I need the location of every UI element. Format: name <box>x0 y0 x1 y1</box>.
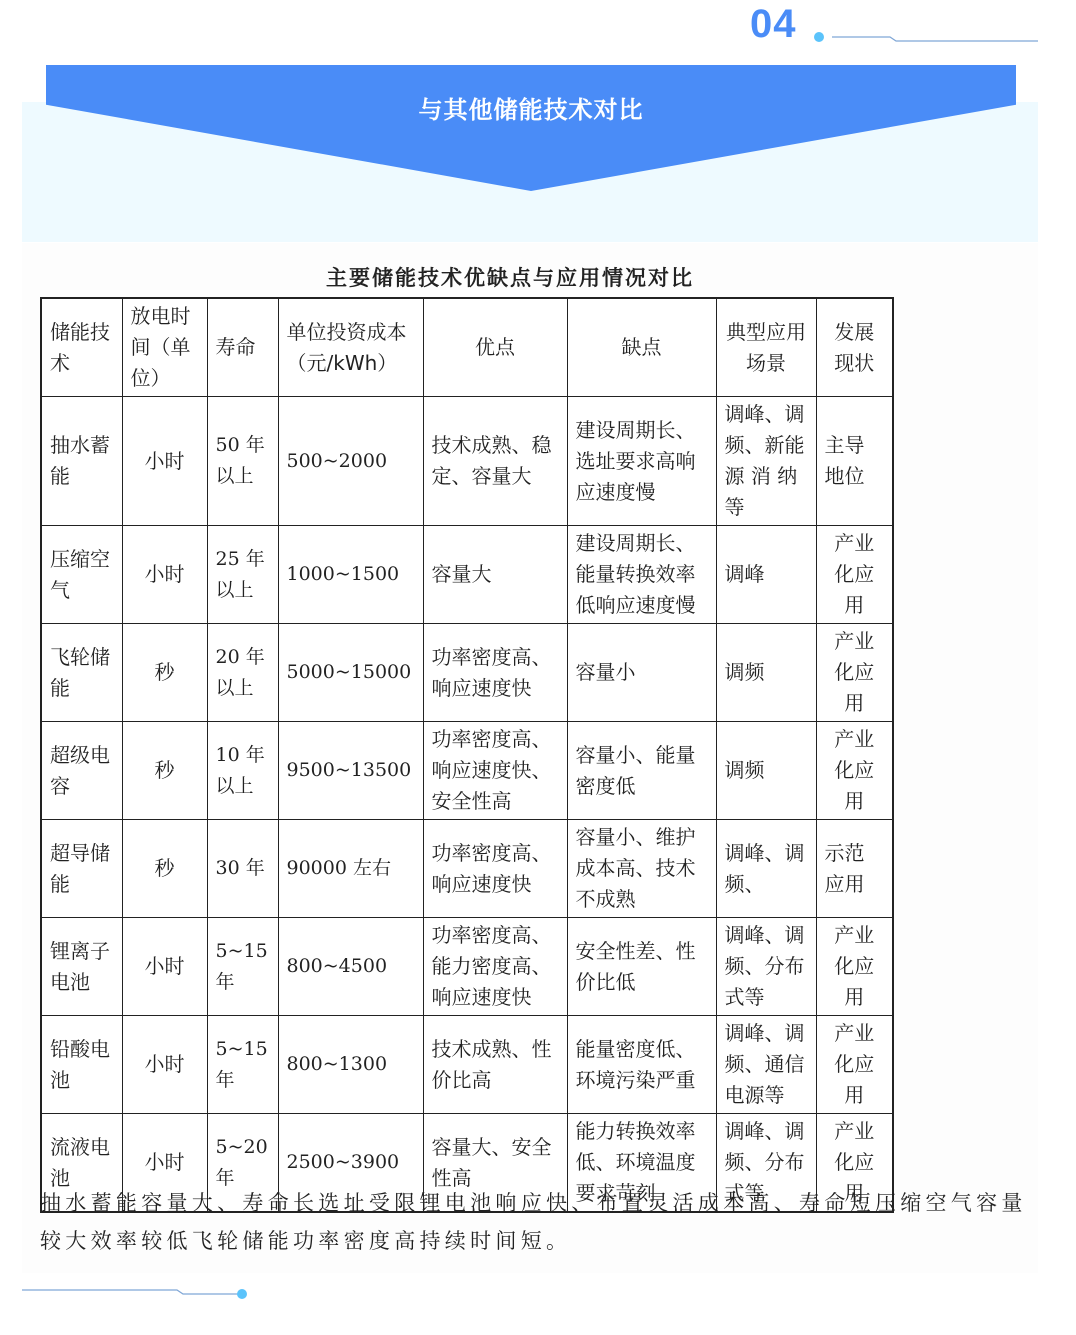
cell-cost: 1000~1500 <box>278 526 423 624</box>
decorative-line-top <box>830 33 1040 43</box>
cell-cost: 90000 左右 <box>278 820 423 918</box>
header-status: 发展现状 <box>816 298 893 397</box>
cell-cons: 建设周期长、能量转换效率低响应速度慢 <box>567 526 716 624</box>
cell-discharge: 秒 <box>122 722 207 820</box>
comparison-table: 储能技术 放电时间（单位） 寿命 单位投资成本（元/kWh） 优点 缺点 典型应… <box>40 297 894 1213</box>
cell-pros: 容量大 <box>423 526 567 624</box>
summary-paragraph: 抽水蓄能容量大、寿命长选址受限锂电池响应快、布置灵活成本高、寿命短压缩空气容量较… <box>40 1184 1030 1260</box>
cell-life: 25 年以上 <box>207 526 278 624</box>
cell-status: 主导地位 <box>816 397 893 526</box>
cell-discharge: 小时 <box>122 397 207 526</box>
cell-discharge: 小时 <box>122 918 207 1016</box>
table-caption: 主要储能技术优缺点与应用情况对比 <box>40 262 1040 292</box>
cell-tech: 锂离子电池 <box>41 918 122 1016</box>
header-cost: 单位投资成本（元/kWh） <box>278 298 423 397</box>
cell-cons: 建设周期长、选址要求高响应速度慢 <box>567 397 716 526</box>
cell-life: 50 年以上 <box>207 397 278 526</box>
cell-cost: 500~2000 <box>278 397 423 526</box>
cell-life: 5~15 年 <box>207 1016 278 1114</box>
header-pros: 优点 <box>423 298 567 397</box>
table-row: 超导储能 秒 30 年 90000 左右 功率密度高、响应速度快 容量小、维护成… <box>41 820 893 918</box>
cell-tech: 超导储能 <box>41 820 122 918</box>
section-number: 04 <box>750 2 797 47</box>
cell-cost: 9500~13500 <box>278 722 423 820</box>
cell-discharge: 秒 <box>122 820 207 918</box>
cell-scenario: 调频 <box>716 722 816 820</box>
cell-status: 产业化应用 <box>816 526 893 624</box>
cell-tech: 抽水蓄能 <box>41 397 122 526</box>
cell-pros: 功率密度高、能力密度高、响应速度快 <box>423 918 567 1016</box>
table-row: 压缩空气 小时 25 年以上 1000~1500 容量大 建设周期长、能量转换效… <box>41 526 893 624</box>
cell-status: 示范应用 <box>816 820 893 918</box>
table-row: 飞轮储能 秒 20 年以上 5000~15000 功率密度高、响应速度快 容量小… <box>41 624 893 722</box>
table-row: 超级电容 秒 10 年以上 9500~13500 功率密度高、响应速度快、安全性… <box>41 722 893 820</box>
cell-status: 产业化应用 <box>816 722 893 820</box>
header-life: 寿命 <box>207 298 278 397</box>
cell-status: 产业化应用 <box>816 1016 893 1114</box>
header-discharge-time: 放电时间（单位） <box>122 298 207 397</box>
decorative-dot-bottom <box>237 1289 247 1299</box>
cell-discharge: 秒 <box>122 624 207 722</box>
cell-tech: 超级电容 <box>41 722 122 820</box>
decorative-line-bottom <box>22 1288 242 1298</box>
cell-cost: 800~4500 <box>278 918 423 1016</box>
cell-life: 20 年以上 <box>207 624 278 722</box>
table-row: 铅酸电池 小时 5~15 年 800~1300 技术成熟、性价比高 能量密度低、… <box>41 1016 893 1114</box>
cell-scenario: 调峰 <box>716 526 816 624</box>
cell-scenario: 调峰、调频、 <box>716 820 816 918</box>
header-scenario: 典型应用场景 <box>716 298 816 397</box>
header-tech: 储能技术 <box>41 298 122 397</box>
cell-cons: 能量密度低、环境污染严重 <box>567 1016 716 1114</box>
cell-discharge: 小时 <box>122 526 207 624</box>
table-row: 锂离子电池 小时 5~15 年 800~4500 功率密度高、能力密度高、响应速… <box>41 918 893 1016</box>
table-header-row: 储能技术 放电时间（单位） 寿命 单位投资成本（元/kWh） 优点 缺点 典型应… <box>41 298 893 397</box>
cell-scenario: 调峰、调频、通信电源等 <box>716 1016 816 1114</box>
cell-cost: 800~1300 <box>278 1016 423 1114</box>
cell-scenario: 调峰、调频、分布式等 <box>716 918 816 1016</box>
cell-tech: 铅酸电池 <box>41 1016 122 1114</box>
decorative-dot-top <box>814 32 824 42</box>
cell-life: 30 年 <box>207 820 278 918</box>
cell-discharge: 小时 <box>122 1016 207 1114</box>
cell-tech: 飞轮储能 <box>41 624 122 722</box>
cell-cons: 容量小、维护成本高、技术不成熟 <box>567 820 716 918</box>
cell-life: 5~15 年 <box>207 918 278 1016</box>
cell-cons: 安全性差、性价比低 <box>567 918 716 1016</box>
cell-cons: 容量小、能量密度低 <box>567 722 716 820</box>
cell-cost: 5000~15000 <box>278 624 423 722</box>
cell-life: 10 年以上 <box>207 722 278 820</box>
cell-status: 产业化应用 <box>816 624 893 722</box>
section-title: 与其他储能技术对比 <box>46 90 1016 125</box>
cell-pros: 功率密度高、响应速度快 <box>423 820 567 918</box>
cell-pros: 技术成熟、性价比高 <box>423 1016 567 1114</box>
cell-tech: 压缩空气 <box>41 526 122 624</box>
cell-scenario: 调频 <box>716 624 816 722</box>
cell-pros: 功率密度高、响应速度快 <box>423 624 567 722</box>
header-cons: 缺点 <box>567 298 716 397</box>
table-row: 抽水蓄能 小时 50 年以上 500~2000 技术成熟、稳定、容量大 建设周期… <box>41 397 893 526</box>
cell-cons: 容量小 <box>567 624 716 722</box>
cell-pros: 技术成熟、稳定、容量大 <box>423 397 567 526</box>
cell-status: 产业化应用 <box>816 918 893 1016</box>
cell-pros: 功率密度高、响应速度快、安全性高 <box>423 722 567 820</box>
cell-scenario: 调峰、调频、新能源 消 纳等 <box>716 397 816 526</box>
